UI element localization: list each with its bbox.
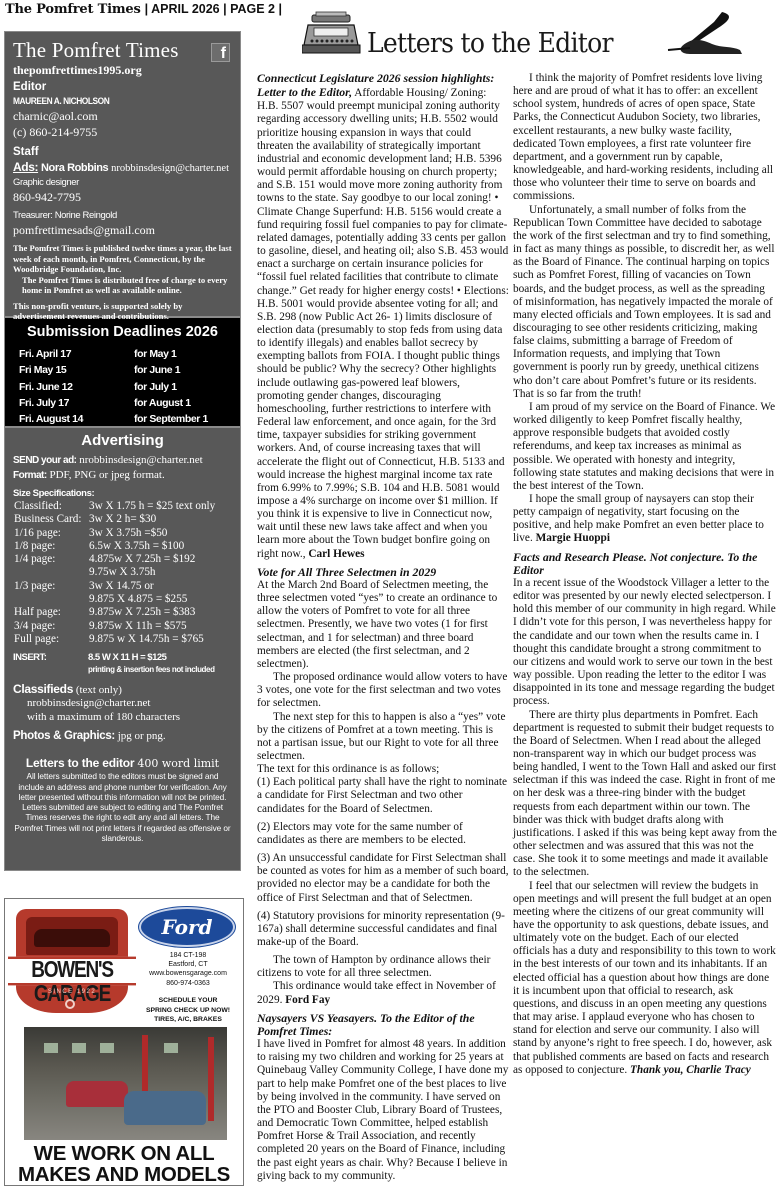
- article-column-right: I think the majority of Pomfret resident…: [513, 72, 777, 1077]
- ads-email[interactable]: nrobbinsdesign@charter.net: [111, 163, 229, 174]
- tagline-line-2: MAKES AND MODELS: [5, 1164, 243, 1185]
- letter-paragraph: There are thirty plus departments in Pom…: [513, 709, 777, 880]
- masthead-paper-name: The Pomfret Times: [5, 2, 141, 17]
- letter-paragraph: The text for this ordinance is as follow…: [257, 763, 509, 776]
- ads-phone: 860-942-7795: [13, 189, 232, 205]
- spec-row: Full page:9.875 w X 14.75h = $765: [13, 633, 232, 646]
- deadline-date: Fri. June 12: [19, 379, 134, 395]
- ordinance-item: (2) Electors may vote for the same numbe…: [257, 821, 509, 847]
- spec-size: 1/3 page:: [14, 580, 89, 593]
- letter-body: Affordable Housing/ Zoning: H.B. 5507 wo…: [257, 87, 509, 559]
- garage-phone: 860-974-0363: [135, 979, 241, 988]
- spec-size: 3/4 page:: [14, 620, 89, 633]
- deadline-issue: for August 1: [134, 395, 191, 411]
- ordinance-item: (4) Statutory provisions for minority re…: [257, 910, 509, 949]
- window-shape: [44, 1043, 58, 1053]
- letter-paragraph: I have lived in Pomfret for almost 48 ye…: [257, 1038, 509, 1183]
- deadline-row: Fri. August 14for September 1: [19, 411, 226, 427]
- staff-label: Staff: [13, 145, 232, 160]
- spec-size: 1/8 page:: [14, 540, 89, 553]
- insert-note: printing & insertion fees not included: [13, 664, 232, 675]
- spec-row: Half page:9.875w X 7.25h = $383: [13, 606, 232, 619]
- submission-deadlines-box: Submission Deadlines 2026 Fri. April 17f…: [4, 317, 241, 427]
- letter-signature: Margie Huoppi: [536, 532, 610, 544]
- letter-signature: Thank you, Charlie Tracy: [630, 1064, 751, 1076]
- send-ad-line: SEND your ad: nrobbinsdesign@charter.net: [13, 453, 232, 468]
- letter-signature: Ford Fay: [285, 994, 330, 1006]
- ordinance-item: (3) An unsuccessful candidate for First …: [257, 852, 509, 905]
- format-label: Format:: [13, 470, 47, 481]
- garage-promo: SCHEDULE YOUR SPRING CHECK UP NOW! TIRES…: [135, 996, 241, 1025]
- promo-line-1: SCHEDULE YOUR: [135, 996, 241, 1006]
- tagline-line-1: WE WORK ON ALL: [5, 1143, 243, 1164]
- promo-line-2: SPRING CHECK UP NOW!: [135, 1006, 241, 1016]
- spec-value: 3w X 1.75 h = $25 text only: [89, 500, 215, 513]
- section-header: Letters to the Editor: [302, 5, 742, 63]
- spec-row: 9.875 X 4.875 = $255: [13, 593, 232, 606]
- masthead-info-box: The Pomfret Times f thepomfrettimes1995.…: [4, 31, 241, 317]
- letter-headline: Naysayers VS Yeasayers. To the Editor of…: [257, 1012, 509, 1038]
- classifieds-note: (text only): [76, 684, 122, 696]
- ads-label: Ads:: [13, 160, 38, 174]
- spec-row: Business Card:3w X 2 h= $30: [13, 513, 232, 526]
- letter-paragraph: At the March 2nd Board of Selectmen meet…: [257, 579, 509, 671]
- spec-size: Full page:: [14, 633, 89, 646]
- spec-value: 9.875w X 11h = $575: [89, 620, 187, 633]
- deadline-row: Fri May 15for June 1: [19, 362, 226, 378]
- classifieds-email[interactable]: nrobbinsdesign@charter.net: [13, 697, 232, 711]
- photos-line: Photos & Graphics: jpg or png.: [13, 729, 232, 743]
- spec-size: [14, 593, 89, 606]
- letter-headline: Facts and Research Please. Not conjectur…: [513, 551, 777, 577]
- spec-size: Classified:: [14, 500, 89, 513]
- spec-value: 3w X 3.75h =$50: [89, 527, 167, 540]
- letter-paragraph: The town of Hampton by ordinance allows …: [257, 954, 509, 980]
- letter-paragraph: I hope the small group of naysayers can …: [513, 493, 777, 546]
- spec-value: 9.875w X 7.25h = $383: [89, 606, 195, 619]
- editor-email[interactable]: charnic@aol.com: [13, 108, 232, 124]
- publication-note: The Pomfret Times is published twelve ti…: [13, 243, 232, 322]
- article-column-middle: Connecticut Legislature 2026 session hig…: [257, 72, 509, 1183]
- spec-size: 1/4 page:: [14, 553, 89, 566]
- deadline-issue: for July 1: [134, 379, 177, 395]
- deadline-row: Fri. July 17for August 1: [19, 395, 226, 411]
- insert-row: INSERT: 8.5 W X 11 H = $125: [13, 652, 232, 664]
- letters-label: Letters to the editor: [26, 756, 134, 770]
- letter-paragraph: I am proud of my service on the Board of…: [513, 401, 777, 493]
- spec-value: 9.875 X 4.875 = $255: [89, 593, 187, 606]
- letter-paragraph: In a recent issue of the Woodstock Villa…: [513, 577, 777, 709]
- letters-limit-heading: Letters to the editor 400 word limit: [13, 756, 232, 771]
- spec-row: 1/3 page:3w X 14.75 or: [13, 580, 232, 593]
- treasurer-email[interactable]: pomfrettimesads@gmail.com: [13, 222, 232, 238]
- garage-address-1: 184 CT-198: [135, 951, 241, 960]
- format-value: PDF, PNG or jpeg format.: [49, 469, 164, 481]
- deadline-date: Fri. April 17: [19, 346, 134, 362]
- publication-note-3: This non-profit venture, is supported so…: [13, 301, 232, 322]
- classifieds-line: Classifieds (text only): [13, 682, 232, 697]
- deadline-row: Fri. April 17for May 1: [19, 346, 226, 362]
- red-car-shape: [66, 1081, 128, 1107]
- letter-headline: Vote for All Three Selectmen in 2029: [257, 566, 509, 579]
- deadline-date: Fri May 15: [19, 362, 134, 378]
- editor-phone: (c) 860-214-9755: [13, 124, 232, 140]
- truck-icon: [34, 929, 110, 947]
- paper-title: The Pomfret Times: [13, 38, 232, 62]
- insert-label: INSERT:: [13, 652, 88, 664]
- deadline-date: Fri. July 17: [19, 395, 134, 411]
- spec-row: Classified:3w X 1.75 h = $25 text only: [13, 500, 232, 513]
- garage-since: SINCE 1922: [16, 989, 128, 995]
- ads-name: Nora Robbins: [41, 162, 108, 174]
- letter-paragraph: This ordinance would take effect in Nove…: [257, 980, 509, 1006]
- deadline-date: Fri. August 14: [19, 411, 134, 427]
- spec-value: 4.875w X 7.25h = $192: [89, 553, 195, 566]
- send-ad-label: SEND your ad:: [13, 455, 77, 466]
- deadlines-title: Submission Deadlines 2026: [19, 323, 226, 341]
- spec-row: 3/4 page:9.875w X 11h = $575: [13, 620, 232, 633]
- spec-value: 6.5w X 3.75h = $100: [89, 540, 184, 553]
- classifieds-label: Classifieds: [13, 682, 73, 696]
- garage-tagline: WE WORK ON ALL MAKES AND MODELS: [5, 1143, 243, 1185]
- insert-value: 8.5 W X 11 H = $125: [88, 652, 166, 664]
- garage-interior-photo: [24, 1027, 227, 1140]
- letters-limit: 400 word limit: [137, 757, 219, 770]
- spec-row: 1/4 page:4.875w X 7.25h = $192: [13, 553, 232, 566]
- car-lift-post: [208, 1037, 214, 1121]
- treasurer-line: Treasurer: Norine Reingold: [13, 209, 232, 222]
- letter-paragraph: The next step for this to happen is also…: [257, 711, 509, 764]
- publication-note-1: The Pomfret Times is published twelve ti…: [13, 243, 232, 275]
- garage-contact: 184 CT-198 Eastford, CT www.bowensgarage…: [135, 951, 241, 988]
- editor-label: Editor: [13, 80, 232, 95]
- size-spec-label: Size Specifications:: [13, 487, 232, 500]
- spec-value: 3w X 2 h= $30: [89, 513, 156, 526]
- spec-row: 1/8 page:6.5w X 3.75h = $100: [13, 540, 232, 553]
- window-shape: [100, 1043, 114, 1053]
- masthead: The Pomfret Times | APRIL 2026 | PAGE 2 …: [5, 2, 282, 20]
- editor-name: MAUREEN A. NICHOLSON: [13, 95, 206, 108]
- ads-contact: Ads: Nora Robbins nrobbinsdesign@charter…: [13, 160, 232, 176]
- website-link[interactable]: thepomfrettimes1995.org: [13, 62, 232, 78]
- ordinance-item: (1) Each political party shall have the …: [257, 776, 509, 815]
- letter-legislature: Connecticut Legislature 2026 session hig…: [257, 72, 509, 561]
- blue-car-shape: [124, 1091, 206, 1125]
- classifieds-limit: with a maximum of 180 characters: [13, 711, 232, 725]
- deadline-issue: for May 1: [134, 346, 177, 362]
- typewriter-icon: [302, 11, 362, 55]
- letters-policy: All letters submitted to the editors mus…: [13, 771, 232, 843]
- garage-website[interactable]: www.bowensgarage.com: [135, 969, 241, 978]
- send-ad-email[interactable]: nrobbinsdesign@charter.net: [79, 454, 202, 466]
- letter-text: I feel that our selectmen will review th…: [513, 880, 776, 1076]
- garage-name: BOWEN'S GARAGE: [8, 957, 136, 986]
- spec-value: 9.75w X 3.75h: [89, 566, 156, 579]
- advertising-title: Advertising: [13, 432, 232, 450]
- window-shape: [72, 1043, 86, 1053]
- photos-label: Photos & Graphics:: [13, 730, 115, 742]
- promo-line-3: TIRES, A/C, BRAKES: [135, 1015, 241, 1025]
- bowens-garage-ad[interactable]: BOWEN'S GARAGE SINCE 1922 Ford 184 CT-19…: [4, 898, 244, 1186]
- spec-row: 9.75w X 3.75h: [13, 566, 232, 579]
- spec-value: 3w X 14.75 or: [89, 580, 154, 593]
- quill-icon: [660, 10, 746, 56]
- sidebar: The Pomfret Times f thepomfrettimes1995.…: [4, 31, 241, 871]
- window-shape: [164, 1043, 178, 1053]
- spec-value: 9.875 w X 14.75h = $765: [89, 633, 204, 646]
- advertising-box: Advertising SEND your ad: nrobbinsdesign…: [4, 427, 241, 871]
- facebook-icon[interactable]: f: [211, 43, 230, 62]
- letter-paragraph: I think the majority of Pomfret resident…: [513, 72, 777, 204]
- garage-address-2: Eastford, CT: [135, 960, 241, 969]
- masthead-issue-meta: | APRIL 2026 | PAGE 2 |: [145, 2, 282, 16]
- spec-size: 1/16 page:: [14, 527, 89, 540]
- ford-logo: Ford: [139, 907, 235, 947]
- spec-size: Business Card:: [14, 513, 89, 526]
- ads-role: Graphic designer: [13, 176, 232, 189]
- spec-size: Half page:: [14, 606, 89, 619]
- deadline-row: Fri. June 12for July 1: [19, 379, 226, 395]
- publication-note-2: The Pomfret Times is distributed free of…: [13, 275, 232, 296]
- deadline-issue: for June 1: [134, 362, 180, 378]
- letter-signature: Carl Hewes: [308, 548, 364, 560]
- letter-paragraph: I feel that our selectmen will review th…: [513, 880, 777, 1077]
- gear-icon: [65, 999, 75, 1009]
- deadline-issue: for September 1: [134, 411, 208, 427]
- spec-row: 1/16 page:3w X 3.75h =$50: [13, 527, 232, 540]
- section-title: Letters to the Editor: [367, 29, 613, 59]
- garage-logo: BOWEN'S GARAGE SINCE 1922: [8, 909, 136, 1013]
- letter-paragraph: The proposed ordinance would allow voter…: [257, 671, 509, 710]
- photos-value: jpg or png.: [118, 730, 166, 742]
- format-line: Format: PDF, PNG or jpeg format.: [13, 468, 232, 483]
- letter-paragraph: Unfortunately, a small number of folks f…: [513, 204, 777, 401]
- spec-size: [14, 566, 89, 579]
